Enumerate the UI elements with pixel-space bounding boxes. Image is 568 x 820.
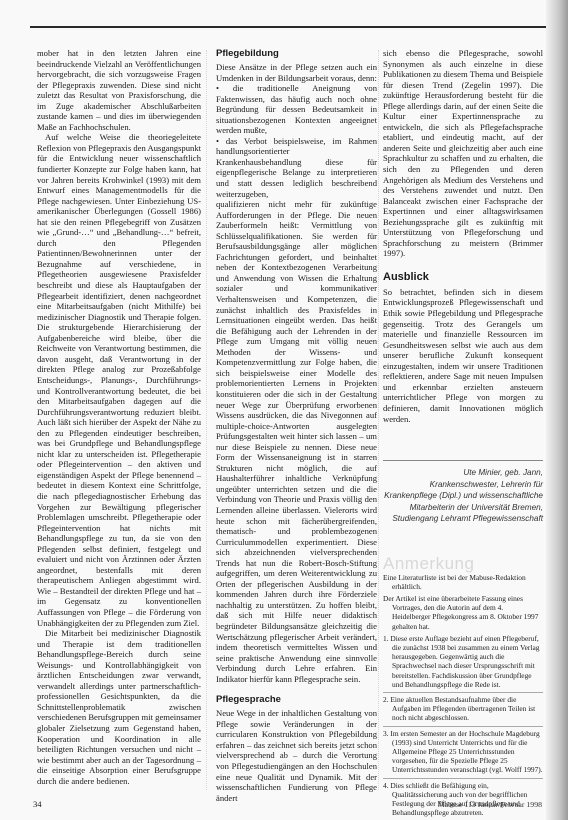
section-heading-ausblick: Ausblick — [383, 271, 543, 283]
note-item: Der Artikel ist eine überarbeitete Fassu… — [383, 594, 543, 631]
author-line: Mitarbeiterin der Universität Bremen, — [383, 502, 543, 514]
notes-list: Eine Literaturliste ist bei der Mabuse-R… — [383, 573, 543, 818]
note-item: Eine Literaturliste ist bei der Mabuse-R… — [383, 573, 543, 591]
note-item: 1. Diese erste Auflage bezieht auf einen… — [383, 634, 543, 689]
body-paragraph: So betrachtet, befinden sich in diesem E… — [383, 287, 543, 424]
notes-heading: Anmerkung — [383, 555, 543, 573]
header-rule — [30, 26, 550, 28]
document-page: mober hat in den letzten Jahren eine bee… — [0, 0, 568, 820]
author-line: Studiengang Lehramt Pflegewissenschaft — [383, 513, 543, 525]
author-bio: Ute Minier, geb. Jann, Krankenschwester,… — [383, 460, 543, 525]
body-paragraph: sich ebenso die Pflegesprache, sowohl Sy… — [383, 48, 543, 259]
body-paragraph: mober hat in den letzten Jahren eine bee… — [37, 48, 201, 132]
bullet-item: das Verbot beispielsweise, im Rahmen han… — [216, 136, 377, 199]
middle-column: Pflegebildung Diese Ansätze in der Pfleg… — [216, 48, 377, 803]
body-paragraph: Diese Ansätze in der Pflege setzen auch … — [216, 62, 377, 83]
scan-edge-shadow — [546, 0, 568, 820]
column-gutter — [206, 50, 211, 790]
left-column: mober hat in den letzten Jahren eine bee… — [37, 48, 201, 786]
author-line: Krankenschwester, Lehrerin für — [383, 479, 543, 491]
note-item: 4. Dies schließt die Befähigung ein, Qua… — [383, 778, 543, 818]
note-item: 3. Im ersten Semester an der Hochschule … — [383, 726, 543, 775]
body-paragraph: qualifizieren nicht mehr für zukünftige … — [216, 199, 377, 684]
bullet-item: die traditionelle Aneignung von Faktenwi… — [216, 83, 377, 136]
right-column: sich ebenso die Pflegesprache, sowohl Sy… — [383, 48, 543, 820]
author-line: Ute Minier, geb. Jann, — [383, 467, 543, 479]
note-item: 2. Eine aktuellen Bestandsaufnahme über … — [383, 692, 543, 723]
author-line: Krankenpflege (Dipl.) und wissenschaftli… — [383, 490, 543, 502]
section-heading-pflegebildung: Pflegebildung — [216, 48, 377, 60]
body-paragraph: Neue Wege in der inhaltlichen Gestaltung… — [216, 708, 377, 803]
section-heading-pflegesprache: Pflegesprache — [216, 694, 377, 706]
page-number: 34 — [33, 799, 42, 809]
body-paragraph: Die Mitarbeit bei medizinischer Diagnost… — [37, 628, 201, 786]
body-paragraph: Auf welche Weise die theoriegeleitete Re… — [37, 132, 201, 628]
journal-footer: Mabuse 113 Januar/Februar 1998 — [438, 800, 542, 809]
